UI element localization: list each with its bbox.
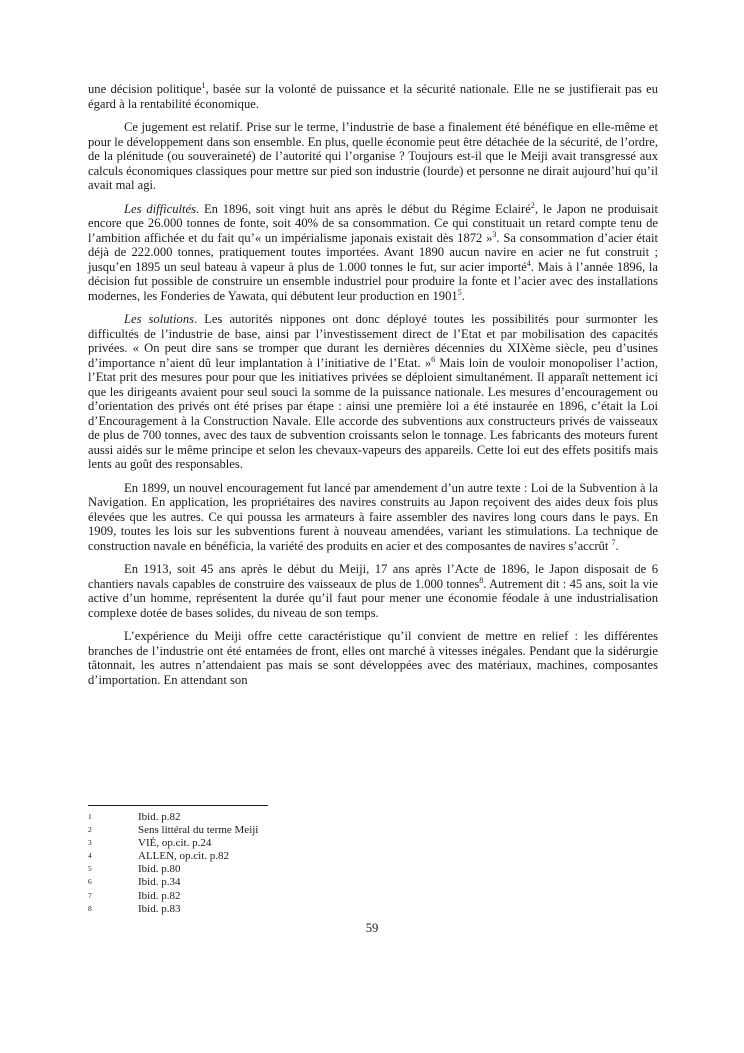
footnote-text: Ibid. p.82 — [138, 890, 180, 902]
footnote-row: 3VIÉ, op.cit. p.24 — [88, 837, 658, 850]
footnote-number: 5 — [88, 862, 92, 875]
footnotes: 1Ibid. p.822Sens littéral du terme Meiji… — [88, 811, 658, 916]
footnote-number: 7 — [88, 889, 92, 902]
footnote-number: 4 — [88, 849, 92, 862]
paragraph: Les solutions. Les autorités nippones on… — [88, 312, 658, 472]
footnote-separator — [88, 805, 268, 806]
text-segment: . — [615, 539, 618, 553]
footnote-text: Ibid. p.82 — [138, 811, 180, 823]
footnote-text: Ibid. p.80 — [138, 863, 180, 875]
footnote-text: ALLEN, op.cit. p.82 — [138, 850, 229, 862]
footnote-text: VIÉ, op.cit. p.24 — [138, 837, 211, 849]
paragraph: Les difficultés. En 1896, soit vingt hui… — [88, 202, 658, 304]
footnote-text: Sens littéral du terme Meiji — [138, 824, 258, 836]
footnote-row: 7Ibid. p.82 — [88, 890, 658, 903]
document-page: une décision politique1, basée sur la vo… — [0, 0, 744, 1053]
text-segment: une décision politique — [88, 82, 202, 96]
footnote-number: 6 — [88, 875, 92, 888]
paragraph: En 1899, un nouvel encouragement fut lan… — [88, 481, 658, 554]
footnote-row: 4ALLEN, op.cit. p.82 — [88, 850, 658, 863]
page-number: 59 — [0, 921, 744, 936]
text-segment: L’expérience du Meiji offre cette caract… — [88, 629, 658, 687]
footnote-number: 2 — [88, 823, 92, 836]
paragraph: Ce jugement est relatif. Prise sur le te… — [88, 120, 658, 193]
paragraph: une décision politique1, basée sur la vo… — [88, 82, 658, 111]
text-segment: . En 1896, soit vingt huit ans après le … — [196, 202, 531, 216]
footnote-text: Ibid. p.83 — [138, 903, 180, 915]
text-segment: Ce jugement est relatif. Prise sur le te… — [88, 120, 658, 192]
body-text: une décision politique1, basée sur la vo… — [88, 82, 658, 696]
text-segment: En 1899, un nouvel encouragement fut lan… — [88, 481, 658, 553]
footnote-row: 8Ibid. p.83 — [88, 903, 658, 916]
footnote-row: 6Ibid. p.34 — [88, 876, 658, 889]
text-segment: Mais loin de vouloir monopoliser l’actio… — [88, 356, 658, 472]
paragraph: L’expérience du Meiji offre cette caract… — [88, 629, 658, 687]
footnote-number: 3 — [88, 836, 92, 849]
footnote-row: 2Sens littéral du terme Meiji — [88, 824, 658, 837]
text-segment: . — [462, 289, 465, 303]
footnote-number: 1 — [88, 810, 92, 823]
footnote-text: Ibid. p.34 — [138, 876, 180, 888]
footnote-row: 1Ibid. p.82 — [88, 811, 658, 824]
paragraph: En 1913, soit 45 ans après le début du M… — [88, 562, 658, 620]
text-segment: Les difficultés — [124, 202, 196, 216]
footnote-number: 8 — [88, 902, 92, 915]
text-segment: Les solutions — [124, 312, 194, 326]
footnote-row: 5Ibid. p.80 — [88, 863, 658, 876]
